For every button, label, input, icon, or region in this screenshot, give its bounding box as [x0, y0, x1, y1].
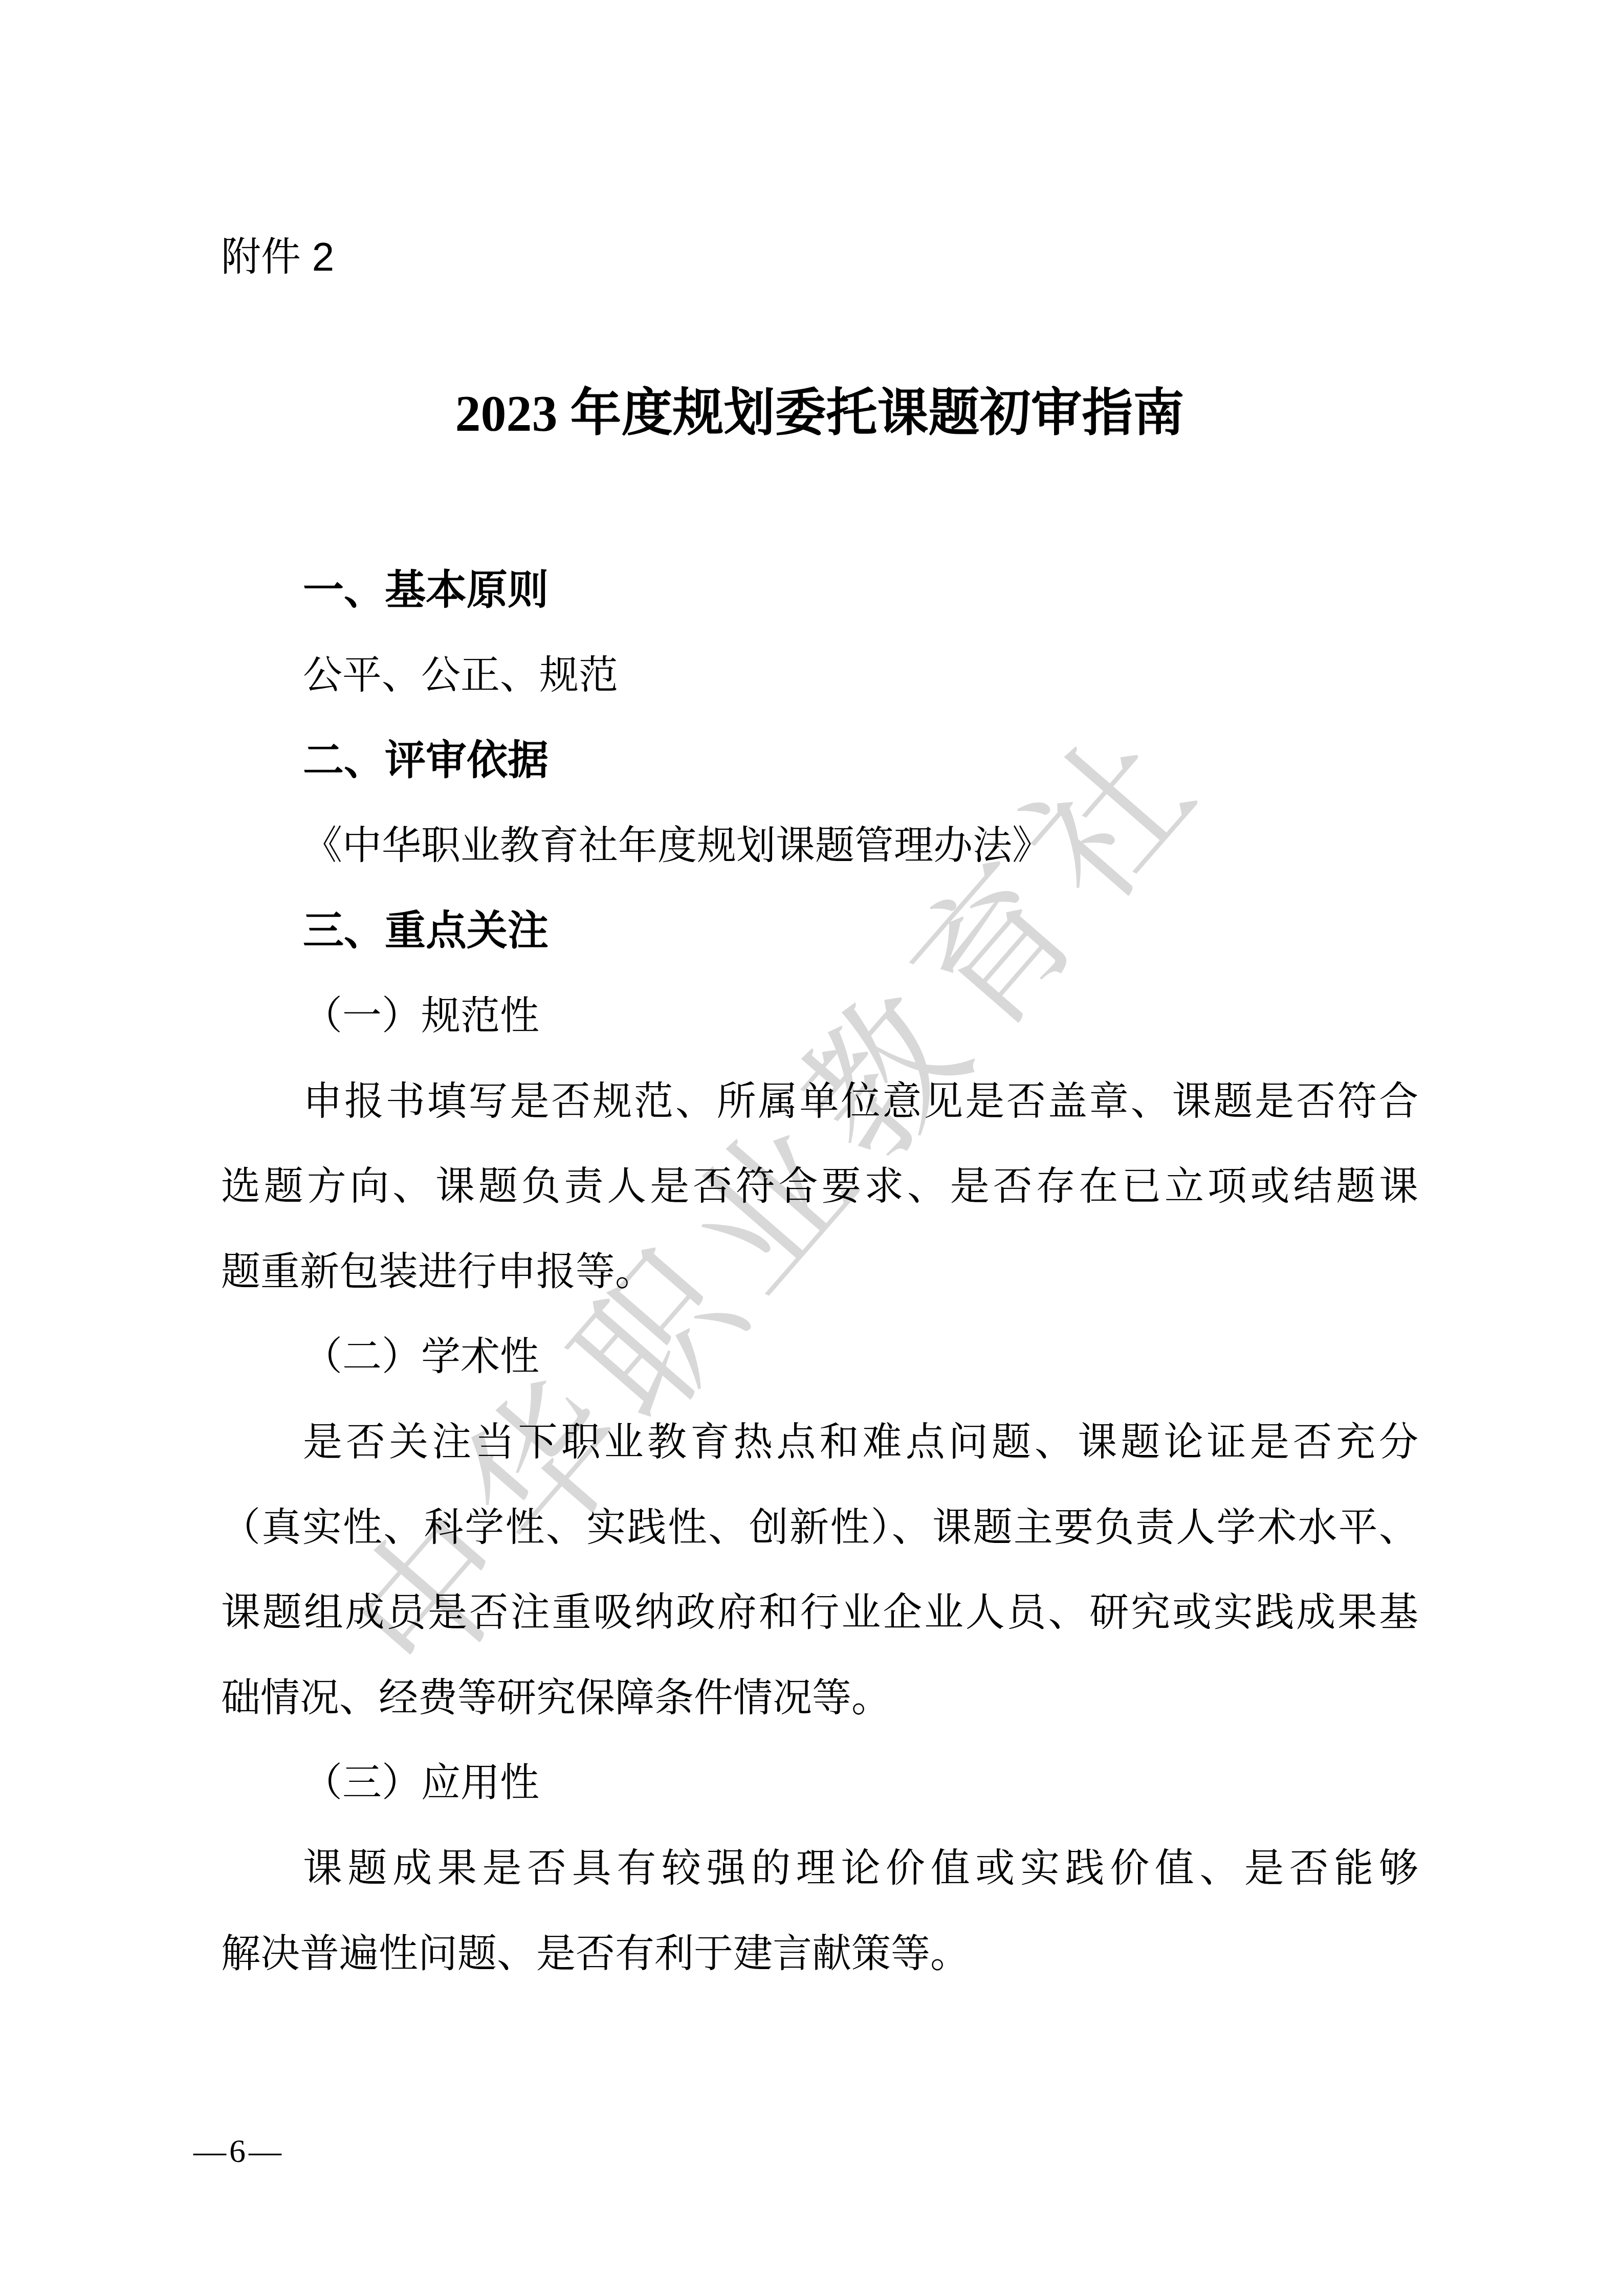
paragraph-2-line-3: 课题组成员是否注重吸纳政府和行业企业人员、研究或实践成果基 — [221, 1570, 1418, 1655]
paragraph-2-line-4: 础情况、经费等研究保障条件情况等。 — [221, 1655, 1418, 1741]
section-2-heading: 二、评审依据 — [221, 718, 1418, 803]
subsection-1-heading: （一）规范性 — [221, 974, 1418, 1059]
paragraph-2-line-2: （真实性、科学性、实践性、创新性）、课题主要负责人学术水平、 — [221, 1485, 1418, 1571]
document-page: 中华职业教育社 附件 2 2023 年度规划委托课题初审指南 一、基本原则 公平… — [0, 0, 1623, 2296]
page-number: —6— — [193, 2128, 284, 2174]
subsection-2-heading: （二）学术性 — [221, 1314, 1418, 1400]
paragraph-2-line-1: 是否关注当下职业教育热点和难点问题、课题论证是否充分 — [221, 1400, 1418, 1485]
paragraph-1-line-2: 选题方向、课题负责人是否符合要求、是否存在已立项或结题课 — [221, 1144, 1418, 1229]
section-1-text: 公平、公正、规范 — [221, 633, 1418, 718]
paragraph-1-line-3: 题重新包装进行申报等。 — [221, 1229, 1418, 1315]
paragraph-3-line-1: 课题成果是否具有较强的理论价值或实践价值、是否能够 — [221, 1826, 1418, 1911]
page-title: 2023 年度规划委托课题初审指南 — [221, 372, 1418, 454]
section-1-heading: 一、基本原则 — [221, 547, 1418, 633]
subsection-3-heading: （三）应用性 — [221, 1740, 1418, 1826]
paragraph-1-line-1: 申报书填写是否规范、所属单位意见是否盖章、课题是否符合 — [221, 1059, 1418, 1144]
paragraph-3-line-2: 解决普遍性问题、是否有利于建言献策等。 — [221, 1911, 1418, 1997]
section-2-text: 《中华职业教育社年度规划课题管理办法》 — [221, 803, 1418, 889]
attachment-label: 附件 2 — [221, 229, 334, 285]
section-3-heading: 三、重点关注 — [221, 888, 1418, 974]
document-body: 一、基本原则 公平、公正、规范 二、评审依据 《中华职业教育社年度规划课题管理办… — [221, 547, 1418, 1996]
